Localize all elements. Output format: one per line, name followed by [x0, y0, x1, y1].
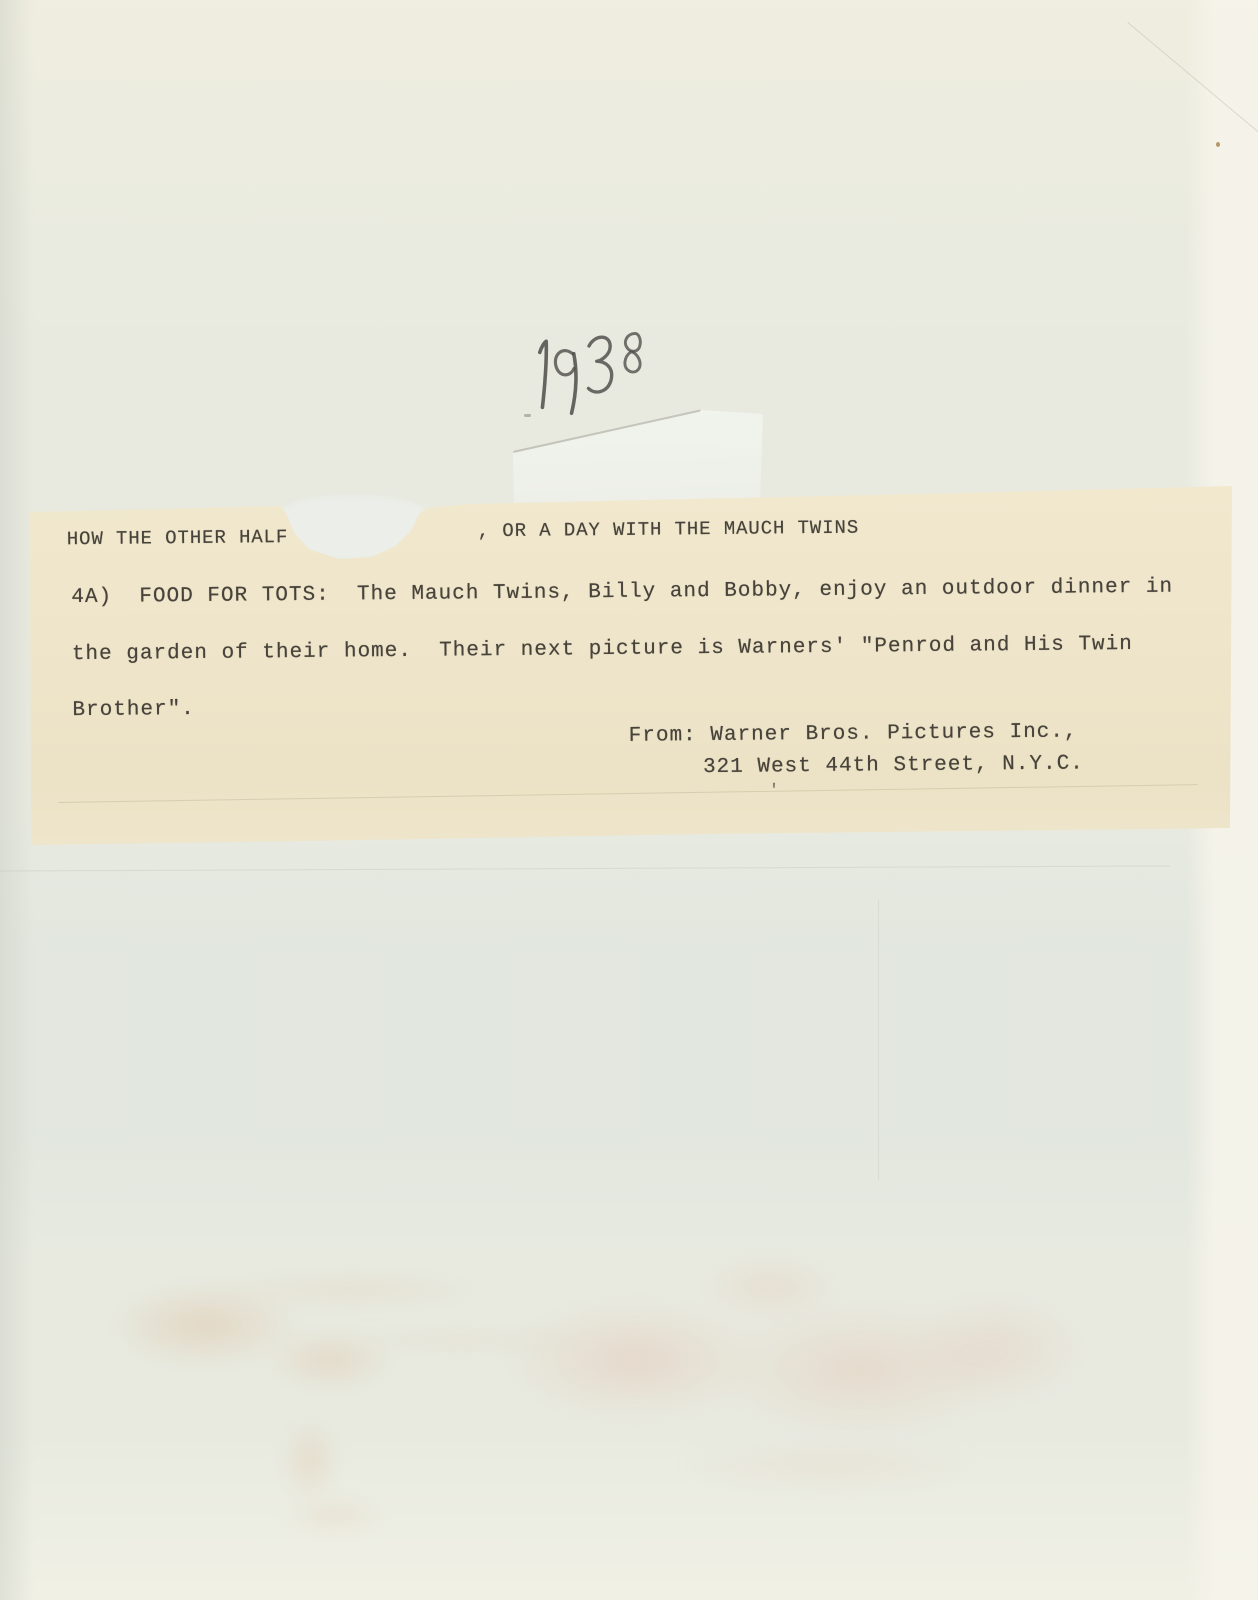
paper-shading-middle: [0, 820, 1258, 1260]
paper-speck: [1216, 142, 1220, 147]
headline-left: HOW THE OTHER HALF: [67, 528, 289, 549]
caption-slip-text: HOW THE OTHER HALF , OR A DAY WITH THE M…: [26, 473, 1235, 847]
from-line-2: 321 West 44th Street, N.Y.C.: [703, 753, 1084, 778]
paper-shading-top: [0, 0, 1258, 360]
headline-right: , OR A DAY WITH THE MAUCH TWINS: [478, 519, 860, 542]
stain-left: [40, 1230, 620, 1450]
from-line-1: From: Warner Bros. Pictures Inc.,: [629, 722, 1078, 747]
crease-line-vertical: [878, 900, 879, 1180]
paper-shading-bottom: [0, 1430, 1258, 1600]
crease-line-diagonal: [1127, 22, 1258, 145]
caption-line-1: 4A) FOOD FOR TOTS: The Mauch Twins, Bill…: [71, 577, 1173, 609]
handwritten-year: 1938: [518, 319, 686, 428]
stain-main: [430, 1215, 1100, 1515]
stain-small-left: [225, 1375, 415, 1545]
caption-line-2: the garden of their home. Their next pic…: [72, 634, 1133, 665]
photo-back: 1938 HOW THE OTHER HALF , OR A DAY WITH …: [0, 0, 1258, 1600]
caption-line-3: Brother".: [72, 699, 195, 721]
handwritten-year-strokes: [518, 319, 686, 428]
crease-line-horizontal: [0, 865, 1170, 871]
stray-apostrophe-mark: ': [769, 782, 780, 798]
caption-slip: HOW THE OTHER HALF , OR A DAY WITH THE M…: [28, 484, 1234, 846]
